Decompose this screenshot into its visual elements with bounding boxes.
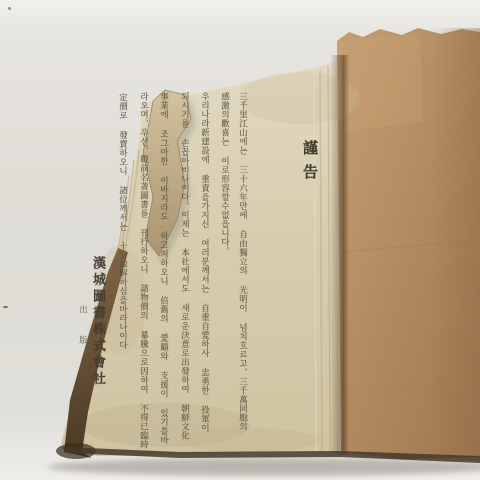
text-column-4: 되시기를 손꼽아비나이다。이제는 本社에서도 새로운決意로出發하여 朝鮮文化: [181, 92, 190, 440]
left-page-text: 謹告 三千里江山에는 三十六年만에 自由獨立의 光明이 넘치흐르고、三千萬同胞의…: [0, 0, 480, 480]
book-photo: 謹告 三千里江山에는 三十六年만에 自由獨立의 光明이 넘치흐르고、三千萬同胞의…: [0, 0, 480, 480]
text-column-1: 三千里江山에는 三十六年만에 自由獨立의 光明이 넘치흐르고、三千萬同胞의: [239, 92, 248, 431]
publisher-name: 漢城圖書株式會社: [92, 256, 105, 388]
text-column-7: 定價로 發賣하오니 諸位께서는 十分諒解하심을바라나이다: [119, 93, 128, 350]
notice-title: 謹告: [301, 140, 316, 188]
text-column-5: 事業에 조그마한 이바지라도 하고저하오니 倍舊의 愛顧와 支援이 있기를바: [160, 92, 169, 445]
backdrop-speck: [8, 7, 11, 10]
text-column-6: 라오며、우선、戰前名著圖書를 刊行하오니 諸物價의 暴騰으로因하여 不得已臨時: [140, 92, 149, 449]
backdrop-speck: [3, 306, 8, 308]
text-column-2: 感激의歡喜는 이로形容할수없읍니다。: [221, 92, 230, 256]
publisher-imprint: 出版部: [79, 305, 88, 397]
text-column-3: 우리나라新建設에 重責을가지신 여러분께서는 自重自愛하사 忠勇한 役軍이: [201, 92, 210, 433]
